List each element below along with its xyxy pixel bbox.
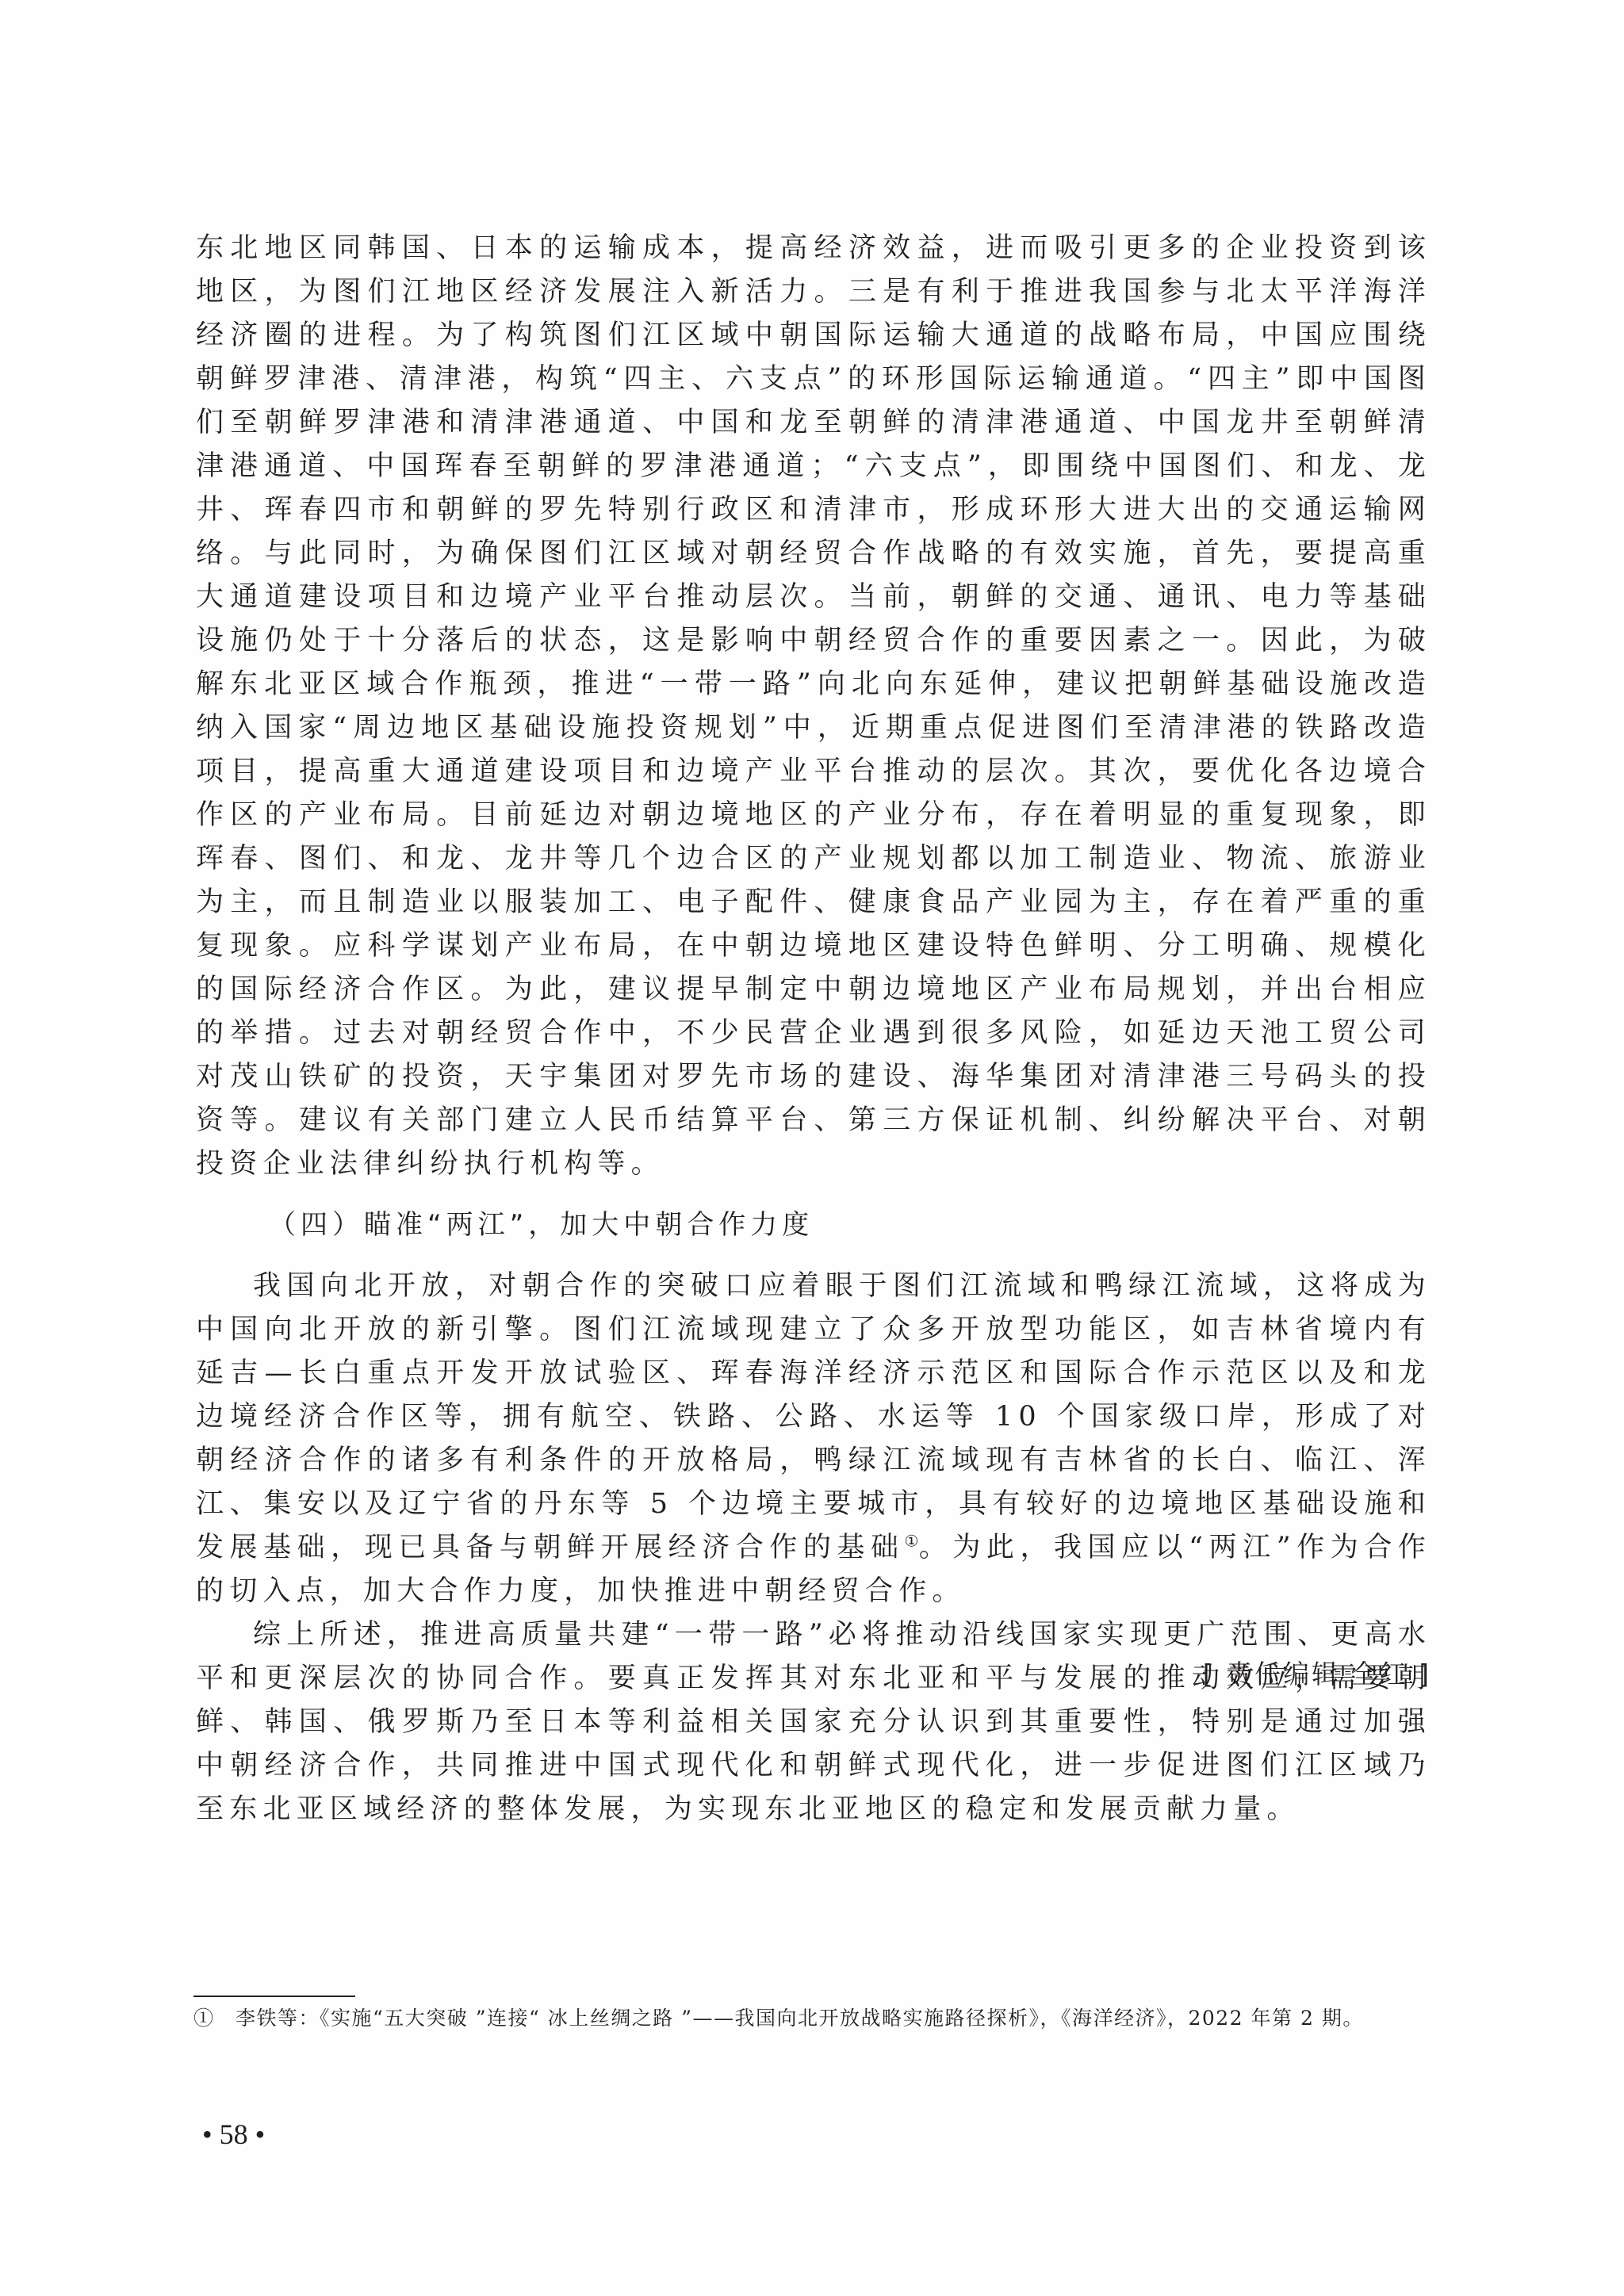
page-number: • 58 • xyxy=(202,2117,265,2152)
document-page: 东北地区同韩国、日本的运输成本，提高经济效益，进而吸引更多的企业投资到该地区，为… xyxy=(0,0,1624,2296)
footnote: ① 李铁等：《实施“五大突破 ”连接“ 冰上丝绸之路 ”——我国向北开放战略实施… xyxy=(193,2004,1434,2032)
paragraph-two-rivers: 我国向北开放，对朝合作的突破口应着眼于图们江流域和鸭绿江流域，这将成为中国向北开… xyxy=(196,1265,1431,1613)
paragraph-continued: 东北地区同韩国、日本的运输成本，提高经济效益，进而吸引更多的企业投资到该地区，为… xyxy=(196,227,1431,1186)
responsible-editor: [ 责任编辑 全红 ] xyxy=(1203,1657,1431,1692)
paragraph-two-text: 我国向北开放，对朝合作的突破口应着眼于图们江流域和鸭绿江流域，这将成为中国向北开… xyxy=(196,1270,1431,1563)
footnote-divider xyxy=(193,1996,355,1997)
footnote-reference[interactable]: ① xyxy=(905,1531,919,1550)
body-text: 东北地区同韩国、日本的运输成本，提高经济效益，进而吸引更多的企业投资到该地区，为… xyxy=(196,227,1431,1831)
section-heading: （四）瞄准“两江”，加大中朝合作力度 xyxy=(196,1203,1431,1247)
paragraph-conclusion: 综上所述，推进高质量共建“一带一路”必将推动沿线国家实现更广范围、更高水平和更深… xyxy=(196,1613,1431,1831)
